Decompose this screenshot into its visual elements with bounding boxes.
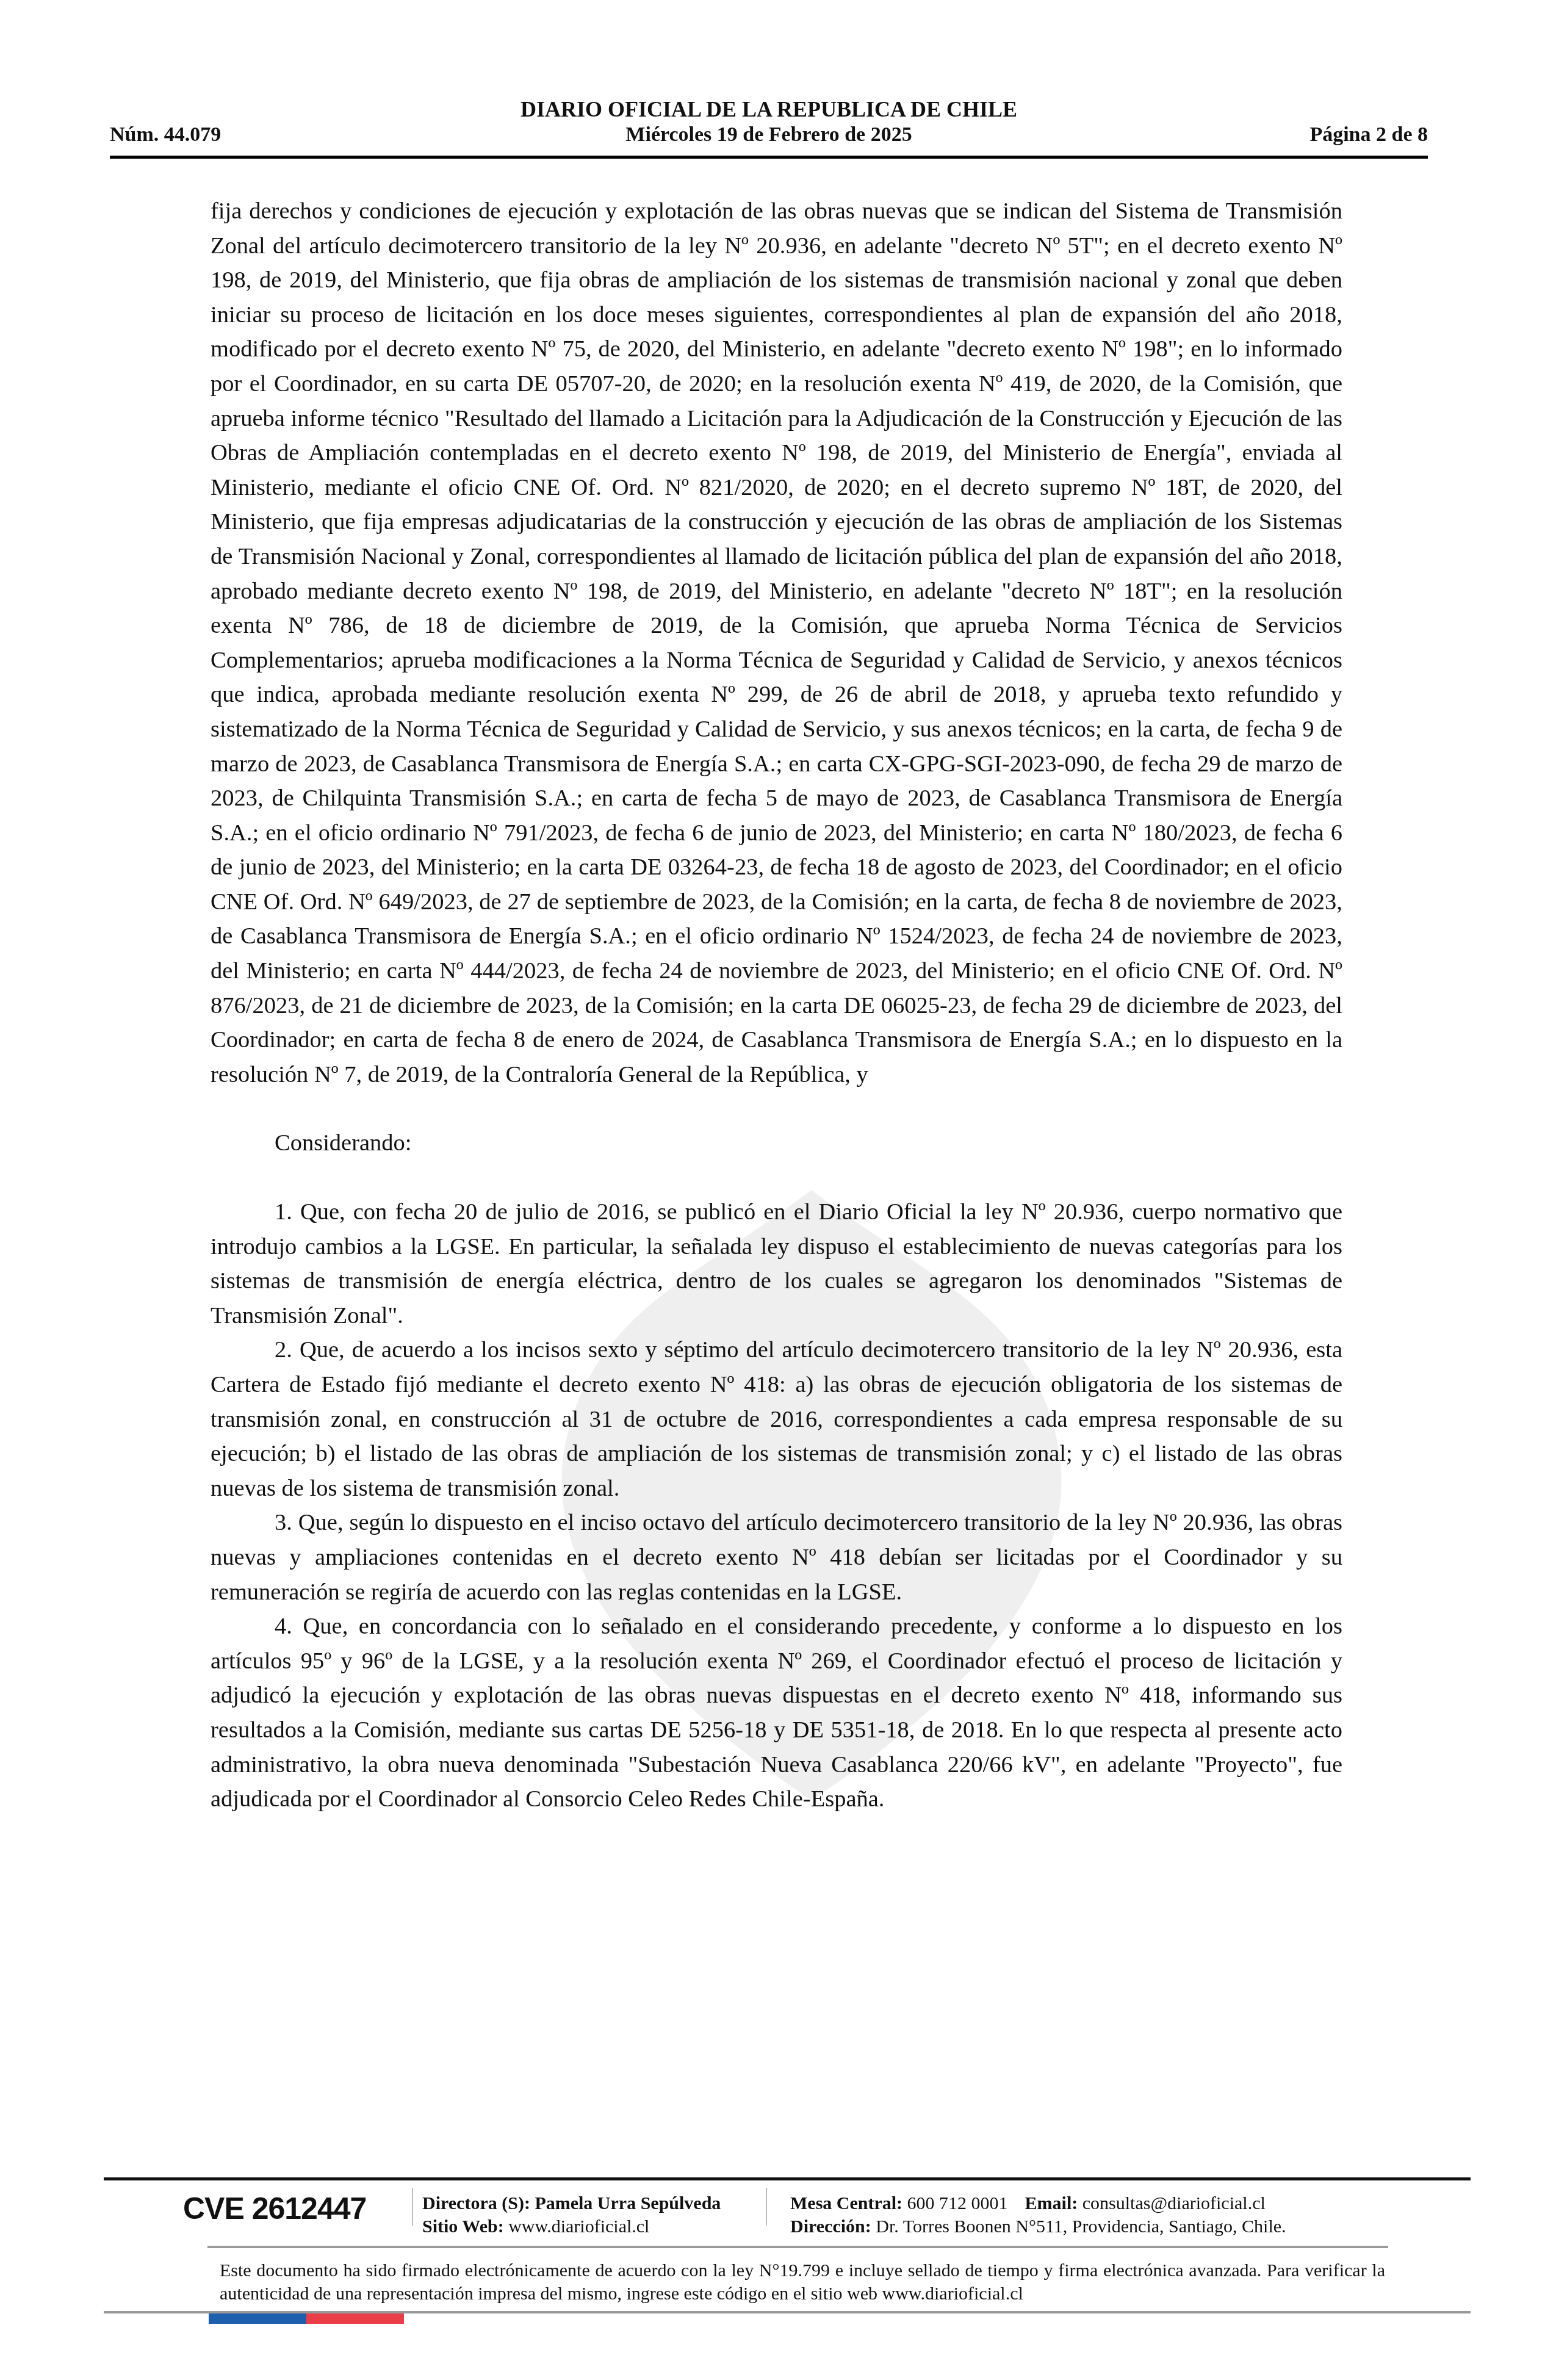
footer-separator (412, 2188, 413, 2226)
issue-date: Miércoles 19 de Febrero de 2025 (110, 123, 1428, 146)
email-link[interactable]: consultas@diarioficial.cl (1082, 2193, 1266, 2213)
page-number: Página 2 de 8 (1309, 123, 1428, 146)
footer-contact-block: Mesa Central: 600 712 0001Email: consult… (790, 2192, 1286, 2238)
website-link[interactable]: www.diarioficial.cl (508, 2216, 649, 2237)
phone-number: 600 712 0001 (907, 2193, 1008, 2213)
intro-paragraph: fija derechos y condiciones de ejecución… (211, 194, 1342, 1092)
publication-title: DIARIO OFICIAL DE LA REPUBLICA DE CHILE (110, 96, 1428, 122)
address-label: Dirección: (790, 2216, 871, 2237)
considerando-item-3: 3. Que, según lo dispuesto en el inciso … (211, 1506, 1342, 1609)
website-label: Sitio Web: (422, 2216, 504, 2237)
flag-stripe-red (306, 2313, 404, 2324)
cve-code: CVE 2612447 (183, 2191, 366, 2226)
email-label: Email: (1025, 2193, 1078, 2213)
phone-label: Mesa Central: (790, 2193, 902, 2213)
director-label: Directora (S): (422, 2193, 530, 2213)
footer-separator (766, 2188, 767, 2226)
flag-stripe-blue (209, 2313, 306, 2324)
legal-notice: Este documento ha sido firmado electróni… (220, 2259, 1385, 2306)
footer-director-block: Directora (S): Pamela Urra Sepúlveda Sit… (422, 2192, 721, 2238)
footer-divider-middle (207, 2246, 1388, 2248)
considerando-item-4: 4. Que, en concordancia con lo señalado … (211, 1609, 1342, 1817)
director-name: Pamela Urra Sepúlveda (535, 2193, 721, 2213)
considerando-heading: Considerando: (211, 1126, 1342, 1161)
header-divider (110, 156, 1428, 159)
page-header: DIARIO OFICIAL DE LA REPUBLICA DE CHILE … (110, 92, 1428, 153)
footer-divider-top (104, 2177, 1471, 2180)
considerando-item-2: 2. Que, de acuerdo a los incisos sexto y… (211, 1333, 1342, 1506)
considerando-item-1: 1. Que, con fecha 20 de julio de 2016, s… (211, 1195, 1342, 1333)
document-body: fija derechos y condiciones de ejecución… (211, 194, 1342, 1817)
address-value: Dr. Torres Boonen N°511, Providencia, Sa… (876, 2216, 1286, 2237)
